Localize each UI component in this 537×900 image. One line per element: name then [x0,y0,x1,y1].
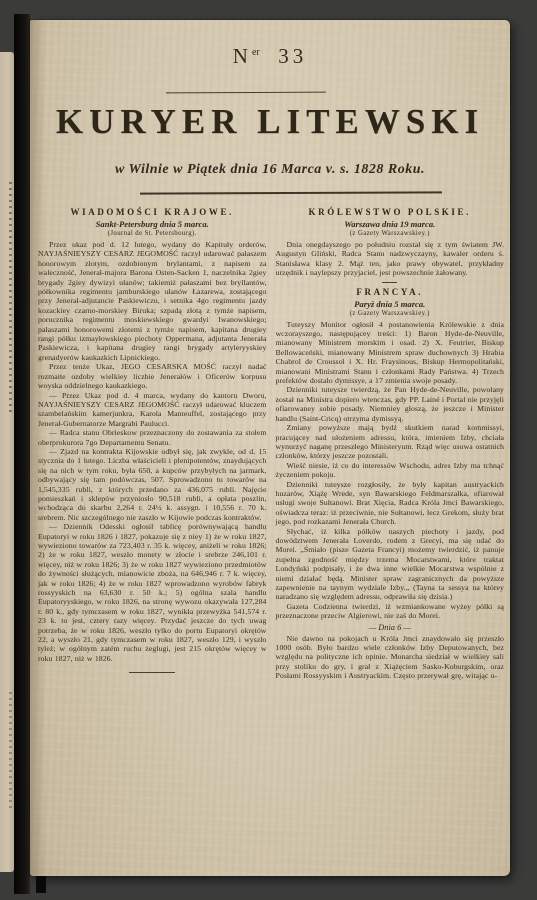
scan-background: Ner 33 KURYER LITEWSKI w Wilnie w Piątek… [0,0,537,900]
paragraph: Przez tenże Ukaz, JEGO CESARSKA MOŚĆ rac… [38,362,267,390]
paragraph: Dnia onegdayszego po południu rozstał si… [276,240,505,278]
section-divider-rule [382,282,397,283]
issue-number-superscript: er [252,47,260,58]
adjacent-page-edge [0,52,14,872]
sub-dateline-day-6: — Dnia 6 — [276,623,505,632]
issue-number-value: 33 [278,44,307,68]
paragraph: Zmiany powyższe mają bydź skutkiem narad… [276,423,505,461]
poland-section-body: Dnia onegdayszego po południu rozstał si… [276,240,505,278]
section-source-warsaw: (z Gazety Warszawskiey.) [276,230,505,237]
issue-number-prefix: N [233,44,252,68]
paragraph: Przez ukaz pod d. 12 lutego, wydany do K… [38,240,267,362]
section-heading-france: FRANCYA. [276,287,505,297]
section-source-petersburg: (Journal de St. Petersbourg). [38,230,267,237]
newspaper-page: Ner 33 KURYER LITEWSKI w Wilnie w Piątek… [30,20,510,876]
rule-under-masthead-dateline [140,191,442,194]
binding-strip [14,14,30,894]
france-section-body: Tuteyszy Monitor ogłosił 4 postanowienia… [276,320,505,621]
paragraph: Nie dawno na pokojach u Króla Jmci znayd… [276,634,505,681]
masthead-dateline: w Wilnie w Piątek dnia 16 Marca v. s. 18… [30,162,510,178]
paragraph: Tuteyszy Monitor ogłosił 4 postanowienia… [276,320,505,386]
rule-under-issue-number [166,92,326,94]
issue-number: Ner 33 [30,44,510,69]
france-section-closing: Nie dawno na pokojach u Króla Jmci znayd… [276,634,505,681]
right-column: KRÓLEWSTWO POLSKIE. Warszawa dnia 19 mar… [276,204,505,864]
section-dateline-petersburg: Sankt-Petersburg dnia 5 marca. [38,219,267,229]
paragraph: Dzienniki tuteysze twierdzą, że Pan Hyde… [276,385,505,423]
section-dateline-paris: Paryż dnia 5 marca. [276,299,505,309]
section-dateline-warsaw: Warszawa dnia 19 marca. [276,219,505,229]
paragraph: — Radca stanu Obrieskow przeznaczony do … [38,428,267,447]
paragraph: — Dziennik Odesski ogłosił tablicę porów… [38,522,267,663]
section-end-rule [129,672,175,673]
paragraph: Słychać, iż kilka półków naszych piechot… [276,527,505,602]
paragraph: Wieść niesie, iż co do interessów Wschod… [276,461,505,480]
section-source-paris: (z Gazety Warszawskiey.) [276,310,505,317]
paragraph: — Zjazd na kontrakta Kijowskie odbył się… [38,447,267,522]
adjacent-page-text-marks [9,182,12,412]
newspaper-title: KURYER LITEWSKI [30,102,510,142]
section-heading-domestic-news: WIADOMOŚCI KRAJOWE. [38,207,267,217]
paragraph: — Przez Ukaz pod d. 4 marca, wydany do k… [38,391,267,429]
left-column-body: Przez ukaz pod d. 12 lutego, wydany do K… [38,240,267,663]
left-column: WIADOMOŚCI KRAJOWE. Sankt-Petersburg dni… [38,204,267,864]
paragraph: Dzienniki tuteysze rozgłosiły, że były k… [276,480,505,527]
paragraph: Gazeta Codzienna twierdzi, iż wzmiankowa… [276,602,505,621]
column-layout: WIADOMOŚCI KRAJOWE. Sankt-Petersburg dni… [38,204,504,864]
bottom-corner-mark [36,873,46,893]
adjacent-page-text-marks-lower [9,692,12,812]
section-heading-kingdom-of-poland: KRÓLEWSTWO POLSKIE. [276,207,505,217]
